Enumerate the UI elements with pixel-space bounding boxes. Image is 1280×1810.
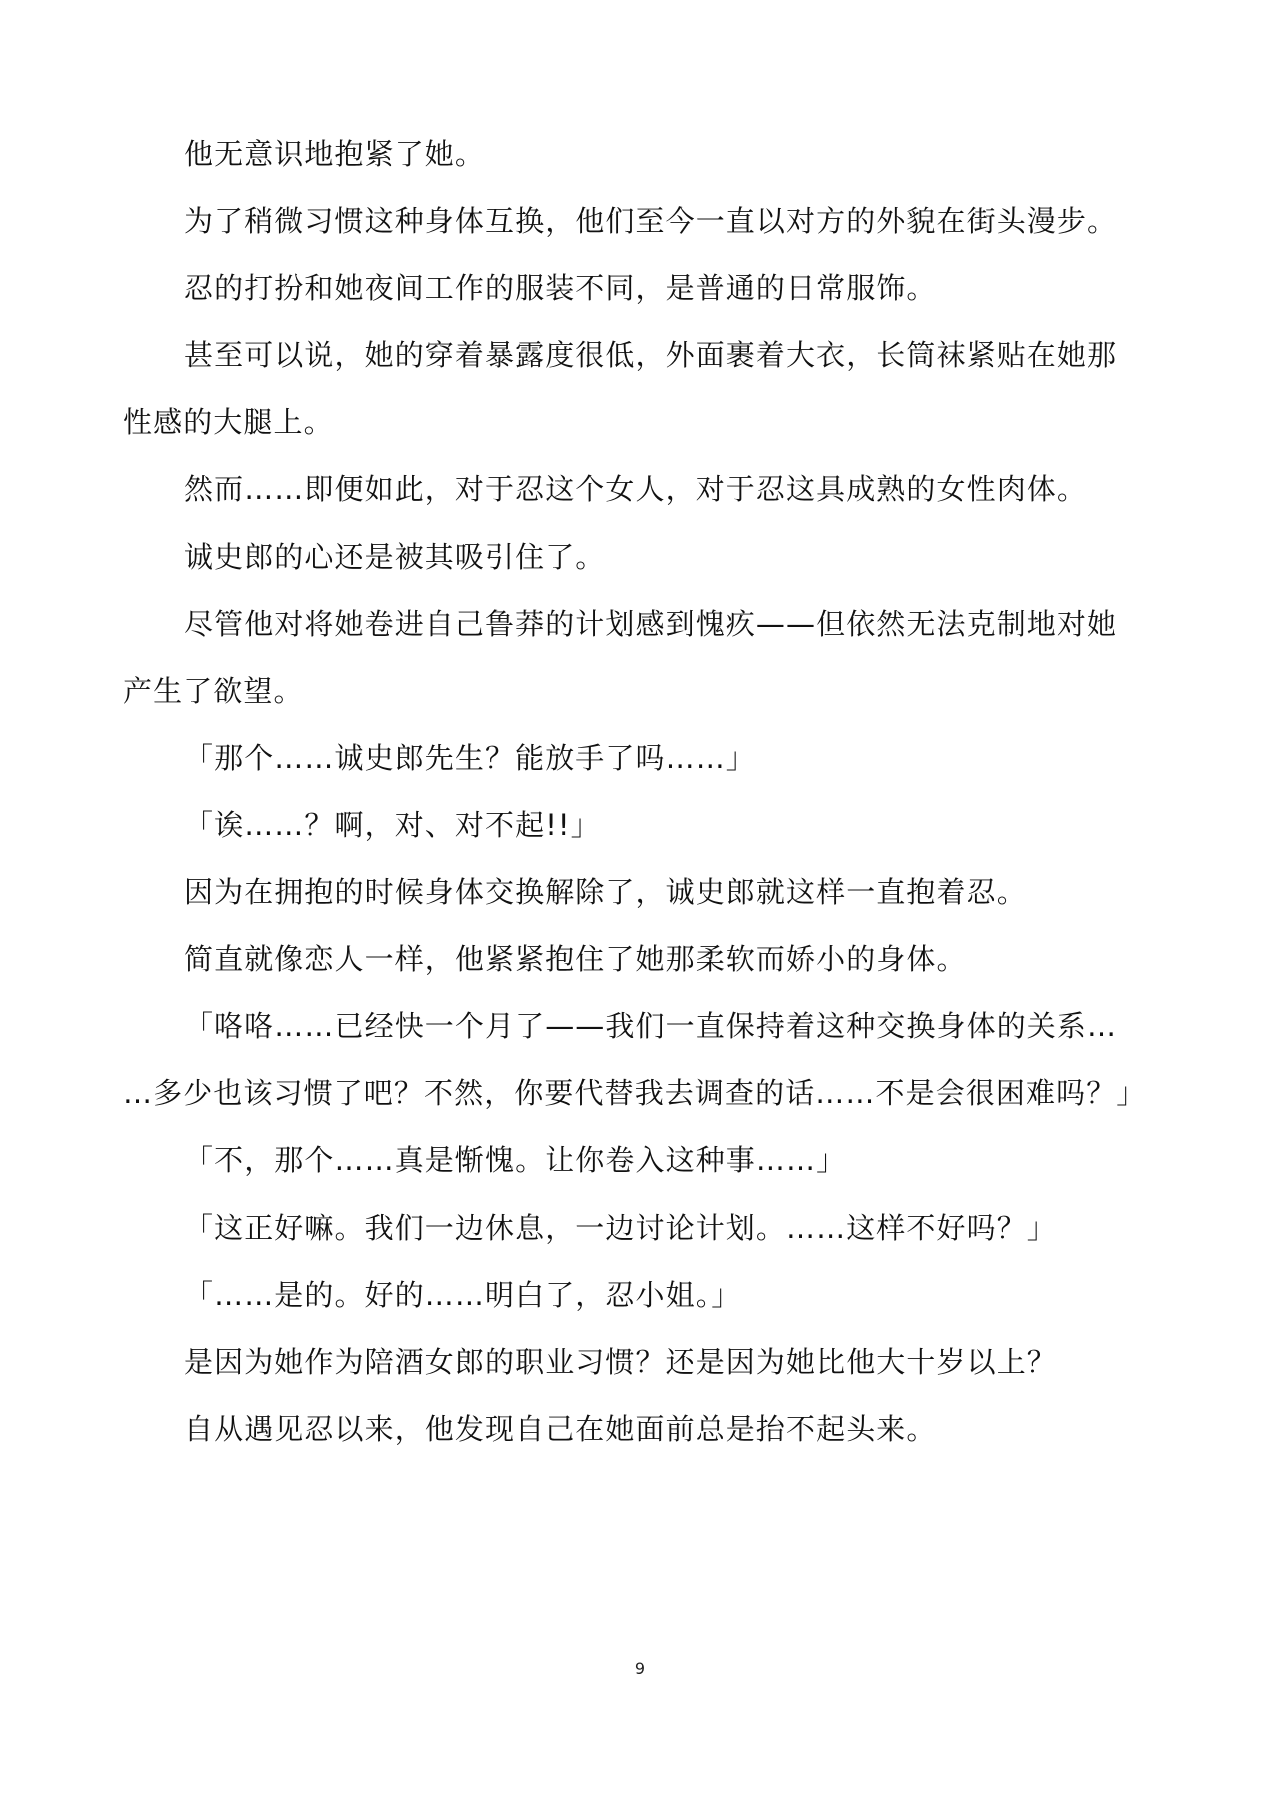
paragraph: 为了稍微习惯这种身体互换，他们至今一直以对方的外貌在街头漫步。 (123, 188, 1145, 255)
paragraph: 诚史郎的心还是被其吸引住了。 (123, 524, 1145, 591)
document-page: 他无意识地抱紧了她。 为了稍微习惯这种身体互换，他们至今一直以对方的外貌在街头漫… (0, 0, 1280, 1810)
dialogue-paragraph: 「那个……诚史郎先生？能放手了吗……」 (123, 725, 1145, 792)
paragraph: 是因为她作为陪酒女郎的职业习惯？还是因为她比他大十岁以上？ (123, 1329, 1145, 1396)
dialogue-paragraph: 「诶……？啊，对、对不起!!」 (123, 792, 1145, 859)
paragraph: 他无意识地抱紧了她。 (123, 121, 1145, 188)
dialogue-paragraph: 「……是的。好的……明白了，忍小姐。」 (123, 1262, 1145, 1329)
dialogue-paragraph: 「不，那个……真是惭愧。让你卷入这种事……」 (123, 1127, 1145, 1194)
paragraph: 因为在拥抱的时候身体交换解除了，诚史郎就这样一直抱着忍。 (123, 859, 1145, 926)
paragraph: 尽管他对将她卷进自己鲁莽的计划感到愧疚——但依然无法克制地对她产生了欲望。 (123, 591, 1145, 725)
page-number: 9 (0, 1659, 1280, 1678)
dialogue-paragraph: 「这正好嘛。我们一边休息，一边讨论计划。……这样不好吗？」 (123, 1195, 1145, 1262)
body-text: 他无意识地抱紧了她。 为了稍微习惯这种身体互换，他们至今一直以对方的外貌在街头漫… (123, 121, 1145, 1463)
paragraph: 简直就像恋人一样，他紧紧抱住了她那柔软而娇小的身体。 (123, 926, 1145, 993)
paragraph: 自从遇见忍以来，他发现自己在她面前总是抬不起头来。 (123, 1396, 1145, 1463)
paragraph: 甚至可以说，她的穿着暴露度很低，外面裹着大衣，长筒袜紧贴在她那性感的大腿上。 (123, 322, 1145, 456)
paragraph: 忍的打扮和她夜间工作的服装不同，是普通的日常服饰。 (123, 255, 1145, 322)
paragraph: 然而……即便如此，对于忍这个女人，对于忍这具成熟的女性肉体。 (123, 456, 1145, 523)
dialogue-paragraph: 「咯咯……已经快一个月了——我们一直保持着这种交换身体的关系……多少也该习惯了吧… (123, 993, 1145, 1127)
